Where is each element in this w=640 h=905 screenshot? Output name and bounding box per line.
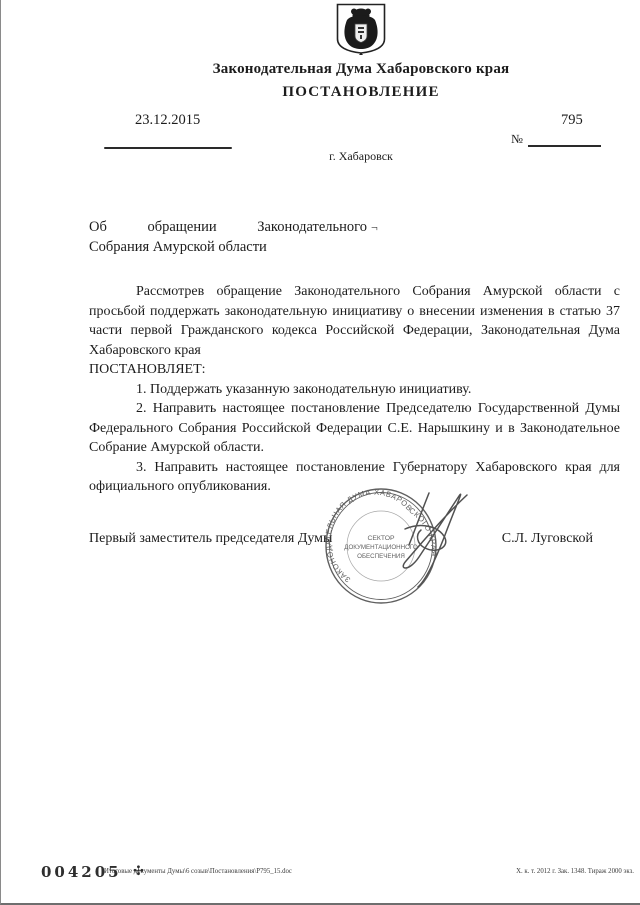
resolution-item-1: 1. Поддержать указанную законодательную …: [89, 380, 620, 400]
organization-name: Законодательная Дума Хабаровского края: [89, 61, 633, 78]
stamp-center-line-3: ОБЕСПЕЧЕНИЯ: [357, 553, 405, 560]
scanned-resolution-document: Законодательная Дума Хабаровского края П…: [0, 0, 640, 905]
stamp-center-line-2: ДОКУМЕНТАЦИОННОГО: [344, 544, 418, 551]
document-date: 23.12.2015: [135, 112, 200, 129]
resolve-word: ПОСТАНОВЛЯЕТ:: [89, 360, 620, 380]
document-body: Рассмотрев обращение Законодательного Со…: [89, 282, 620, 497]
number-sign-label: №: [511, 132, 523, 147]
signer-name: С.Л. Луговской: [502, 531, 593, 547]
body-paragraph-1: Рассмотрев обращение Законодательного Со…: [89, 282, 620, 360]
document-place: г. Хабаровск: [89, 149, 633, 164]
signer-position-title: Первый заместитель председателя Думы: [89, 531, 332, 547]
scan-artifact-mark: ¬: [371, 217, 378, 237]
resolution-item-2: 2. Направить настоящее постановление Пре…: [89, 399, 620, 458]
document-subject: Об обращении Законодательного Собрания А…: [89, 217, 367, 257]
document-type-title: ПОСТАНОВЛЕНИЕ: [89, 84, 633, 101]
subject-line-2: Собрания Амурской области: [89, 237, 367, 257]
ornament-icon: ✣: [133, 863, 144, 879]
print-shop-note: Х. к. т. 2012 г. Зак. 1348. Тираж 2000 э…: [469, 868, 634, 875]
document-number: 795: [561, 112, 583, 129]
number-underline: [528, 145, 601, 147]
stamp-center-line-1: СЕКТОР: [367, 535, 395, 542]
coat-of-arms-khabarovsk-icon: [333, 3, 389, 56]
official-round-stamp: ЗАКОНОДАТЕЛЬНАЯ ДУМА ХАБАРОВСКОГО КРАЯ С…: [317, 483, 489, 611]
subject-line-1: Об обращении Законодательного: [89, 217, 367, 237]
